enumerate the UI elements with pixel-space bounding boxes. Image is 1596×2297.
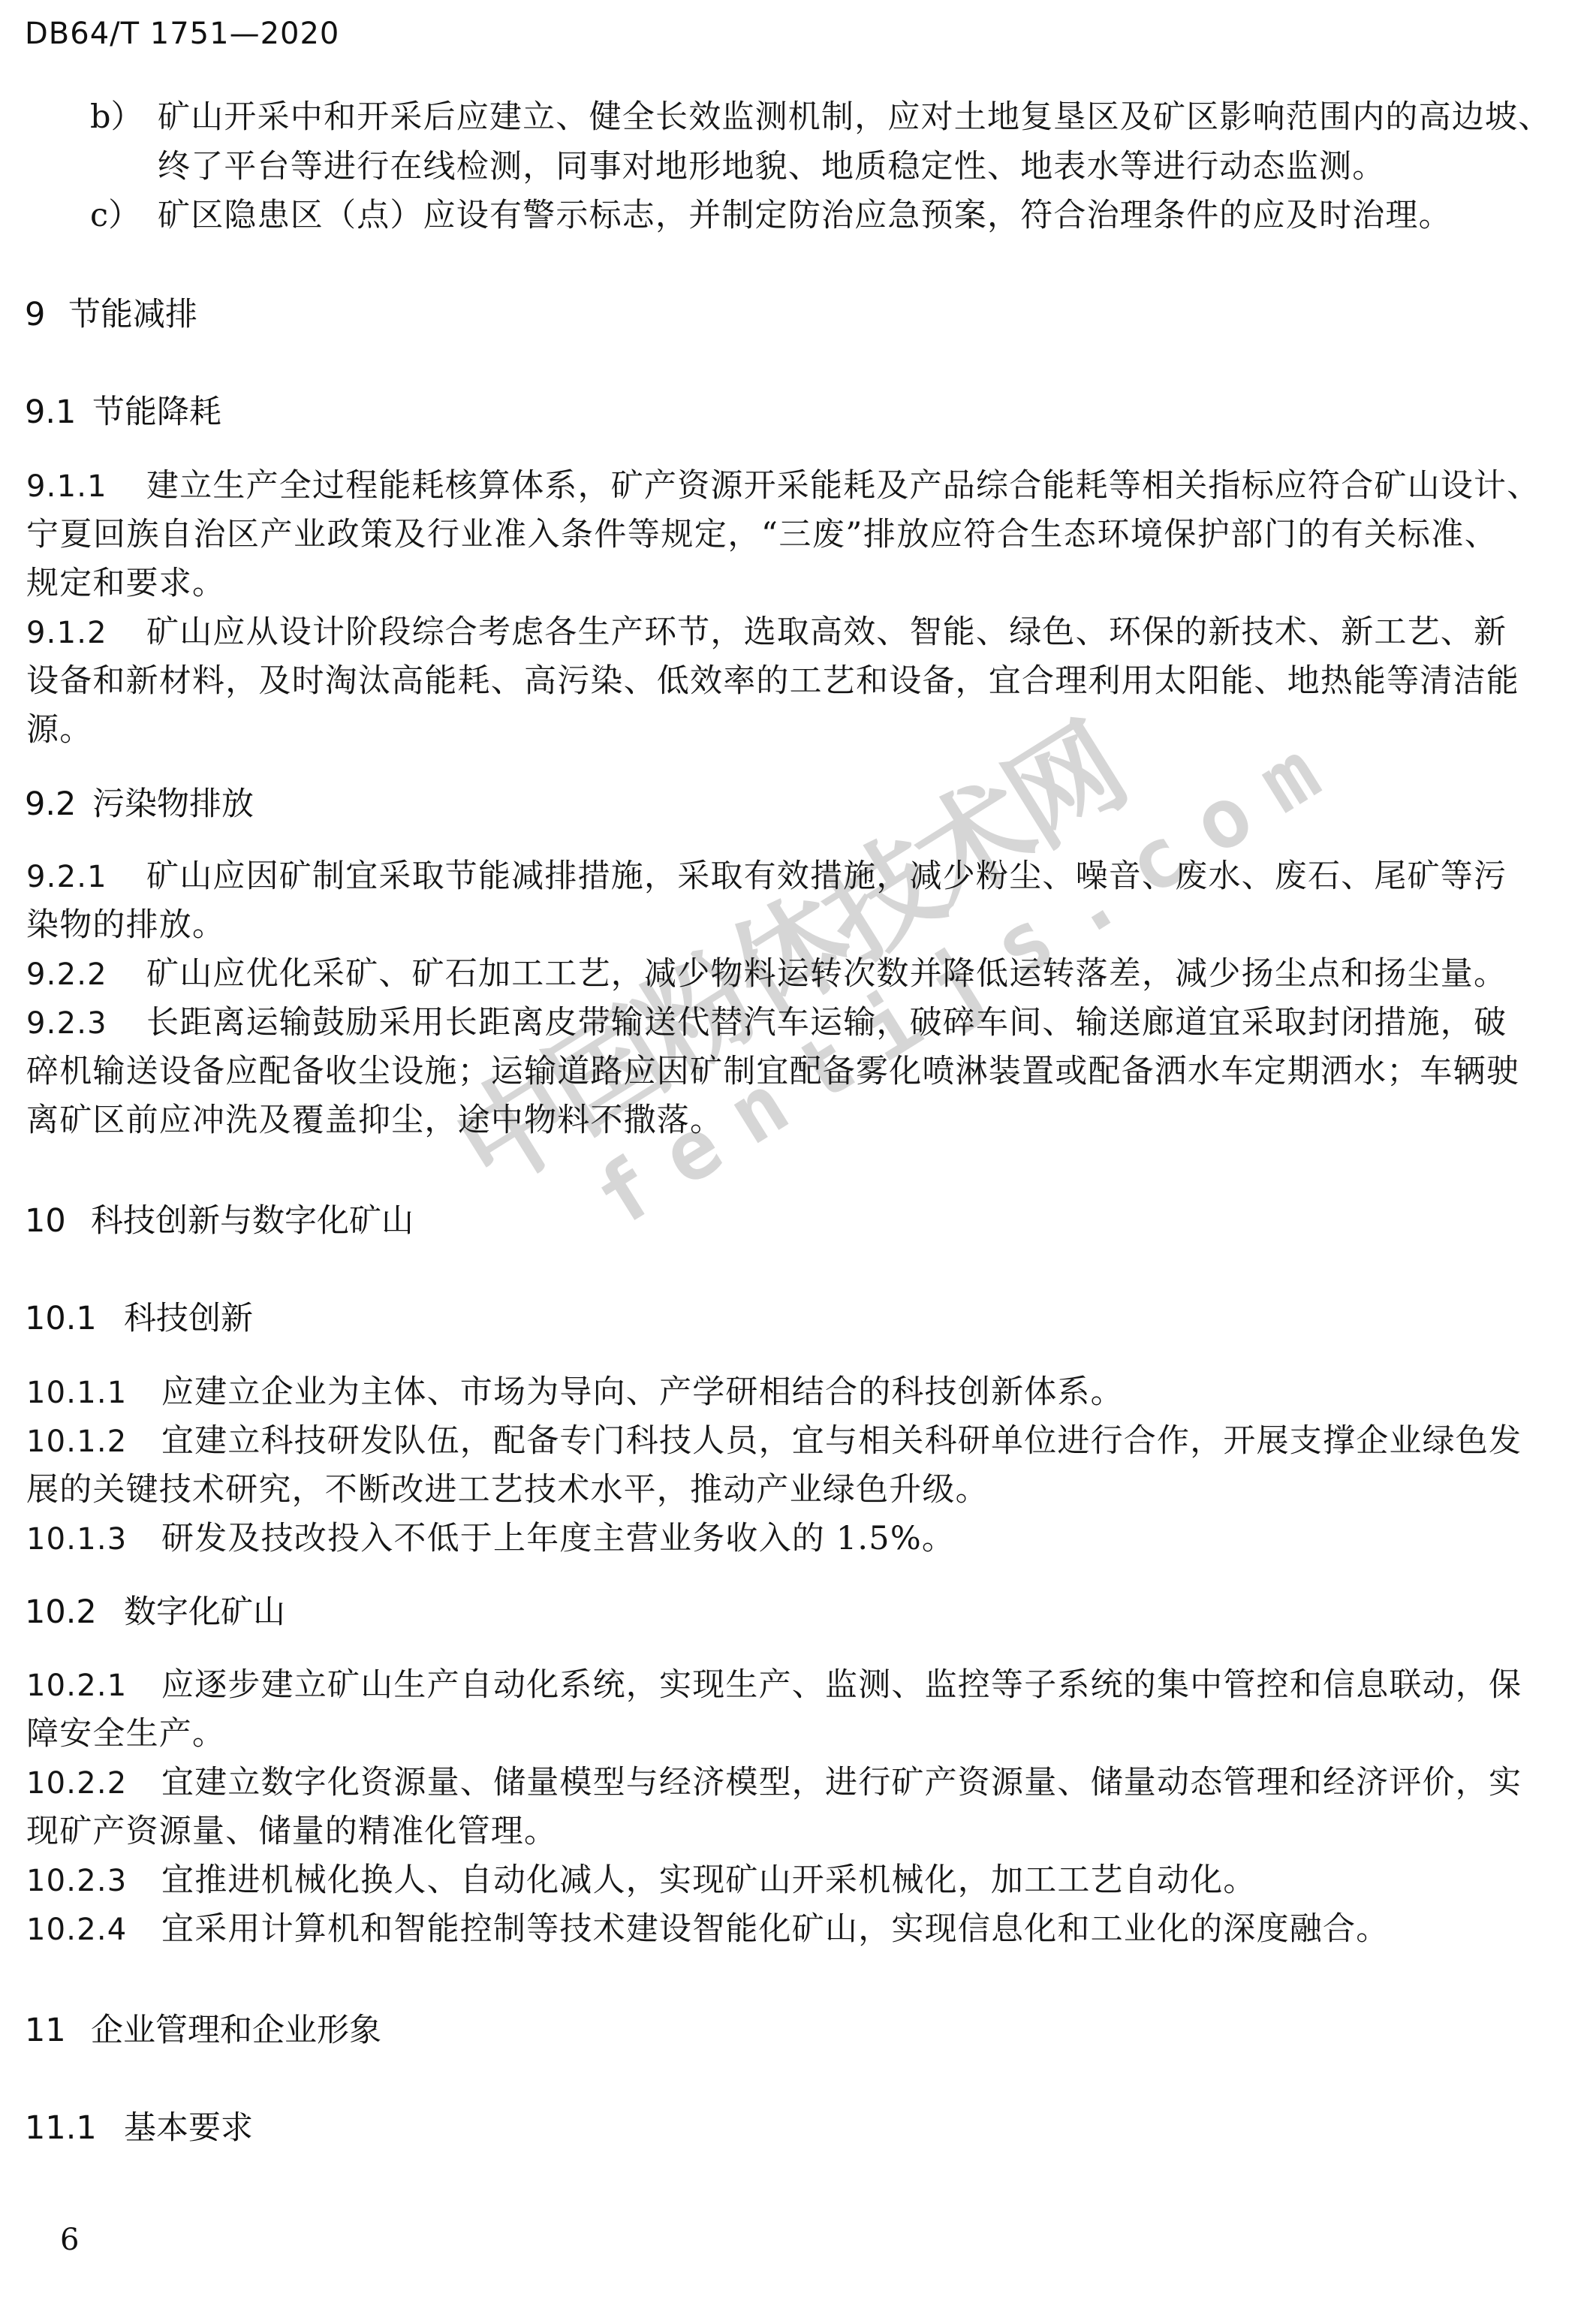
section-title: 节能减排 — [68, 296, 197, 333]
clause-9-2-3-line-3: 离矿区前应冲洗及覆盖抑尘，途中物料不撒落。 — [26, 1096, 723, 1145]
clause-9-1-2-line-3: 源。 — [26, 706, 92, 755]
section-heading-9-2: 9.2污染物排放 — [25, 780, 254, 829]
list-item-c-line-1: 矿区隐患区（点）应设有警示标志，并制定防治应急预案，符合治理条件的应及时治理。 — [158, 191, 1452, 240]
section-title: 科技创新与数字化矿山 — [91, 1202, 414, 1240]
clause-10-2-2-line-2: 现矿产资源量、储量的精准化管理。 — [26, 1807, 557, 1856]
clause-9-1-1-line-1: 9.1.1建立生产全过程能耗核算体系，矿产资源开采能耗及产品综合能耗等相关指标应… — [26, 462, 1498, 511]
section-number: 9.1 — [25, 388, 92, 437]
clause-text: 矿山应优化采矿、矿石加工工艺，减少物料运转次数并降低运转落差，减少扬尘点和扬尘量… — [146, 955, 1507, 993]
page-number: 6 — [60, 2223, 79, 2257]
clause-10-1-1-line-1: 10.1.1应建立企业为主体、市场为导向、产学研相结合的科技创新体系。 — [26, 1368, 1124, 1418]
clause-9-2-1-line-1: 9.2.1矿山应因矿制宜采取节能减排措施，采取有效措施，减少粉尘、噪音、废水、废… — [26, 852, 1498, 902]
clause-9-2-2-line-1: 9.2.2矿山应优化采矿、矿石加工工艺，减少物料运转次数并降低运转落差，减少扬尘… — [26, 950, 1507, 999]
clause-number: 9.2.2 — [26, 951, 146, 999]
clause-text: 建立生产全过程能耗核算体系，矿产资源开采能耗及产品综合能耗等相关指标应符合矿山设… — [146, 467, 1540, 505]
clause-number: 10.2.1 — [26, 1662, 161, 1711]
clause-9-1-1-line-2: 宁夏回族自治区产业政策及行业准入条件等规定，“三废”排放应符合生态环境保护部门的… — [26, 511, 1498, 559]
clause-10-2-2-line-1: 10.2.2宜建立数字化资源量、储量模型与经济模型，进行矿产资源量、储量动态管理… — [26, 1759, 1498, 1808]
section-number: 9 — [25, 291, 68, 339]
list-label-b: b） — [90, 93, 143, 142]
section-number: 11 — [25, 2006, 91, 2055]
section-title: 企业管理和企业形象 — [91, 2012, 381, 2049]
section-number: 9.2 — [25, 780, 92, 829]
section-number: 11.1 — [25, 2104, 124, 2153]
section-title: 科技创新 — [124, 1300, 253, 1337]
section-heading-10-2: 10.2数字化矿山 — [25, 1588, 285, 1637]
clause-number: 10.1.3 — [26, 1515, 161, 1564]
document-code-header: DB64/T 1751—2020 — [25, 17, 339, 51]
clause-9-2-3-line-1: 9.2.3长距离运输鼓励采用长距离皮带输送代替汽车运输，破碎车间、输送廊道宜采取… — [26, 999, 1498, 1048]
section-number: 10.2 — [25, 1588, 124, 1637]
clause-text: 矿山应因矿制宜采取节能减排措施，采取有效措施，减少粉尘、噪音、废水、废石、尾矿等… — [146, 858, 1507, 895]
clause-text: 宜推进机械化换人、自动化减人，实现矿山开采机械化，加工工艺自动化。 — [161, 1861, 1257, 1899]
section-title: 基本要求 — [124, 2109, 253, 2147]
section-title: 节能降耗 — [92, 393, 221, 431]
clause-9-2-1-line-2: 染物的排放。 — [26, 901, 225, 950]
section-heading-9-1: 9.1节能降耗 — [25, 388, 221, 437]
clause-text: 应建立企业为主体、市场为导向、产学研相结合的科技创新体系。 — [161, 1373, 1124, 1411]
clause-text: 长距离运输鼓励采用长距离皮带输送代替汽车运输，破碎车间、输送廊道宜采取封闭措施，… — [146, 1004, 1507, 1041]
clause-10-2-3-line-1: 10.2.3宜推进机械化换人、自动化减人，实现矿山开采机械化，加工工艺自动化。 — [26, 1856, 1257, 1906]
clause-text: 矿山应从设计阶段综合考虑各生产环节，选取高效、智能、绿色、环保的新技术、新工艺、… — [146, 613, 1507, 651]
clause-10-2-1-line-1: 10.2.1应逐步建立矿山生产自动化系统，实现生产、监测、监控等子系统的集中管控… — [26, 1661, 1498, 1711]
clause-number: 10.2.3 — [26, 1857, 161, 1906]
section-heading-9: 9节能减排 — [25, 291, 197, 339]
clause-text: 宜建立科技研发队伍，配备专门科技人员，宜与相关科研单位进行合作，开展支撑企业绿色… — [161, 1422, 1522, 1460]
list-item-b-line-1: 矿山开采中和开采后应建立、健全长效监测机制，应对土地复垦区及矿区影响范围内的高边… — [158, 93, 1498, 142]
clause-10-2-4-line-1: 10.2.4宜采用计算机和智能控制等技术建设智能化矿山，实现信息化和工业化的深度… — [26, 1905, 1389, 1955]
section-number: 10.1 — [25, 1295, 124, 1343]
clause-number: 9.2.1 — [26, 853, 146, 902]
clause-10-1-2-line-1: 10.1.2宜建立科技研发队伍，配备专门科技人员，宜与相关科研单位进行合作，开展… — [26, 1417, 1498, 1467]
section-heading-10: 10科技创新与数字化矿山 — [25, 1197, 414, 1246]
clause-9-1-1-line-3: 规定和要求。 — [26, 559, 225, 608]
clause-text: 研发及技改投入不低于上年度主营业务收入的 1.5%。 — [161, 1520, 955, 1557]
section-heading-10-1: 10.1科技创新 — [25, 1295, 253, 1343]
clause-9-1-2-line-1: 9.1.2矿山应从设计阶段综合考虑各生产环节，选取高效、智能、绿色、环保的新技术… — [26, 608, 1498, 658]
clause-number: 10.2.4 — [26, 1906, 161, 1955]
document-page: 中国粉体技术网 fentijs.com DB64/T 1751—2020 b） … — [0, 0, 1596, 2297]
section-title: 数字化矿山 — [124, 1593, 285, 1631]
clause-10-1-3-line-1: 10.1.3研发及技改投入不低于上年度主营业务收入的 1.5%。 — [26, 1515, 955, 1564]
clause-text: 应逐步建立矿山生产自动化系统，实现生产、监测、监控等子系统的集中管控和信息联动，… — [161, 1666, 1522, 1704]
clause-number: 10.2.2 — [26, 1759, 161, 1808]
clause-10-2-1-line-2: 障安全生产。 — [26, 1710, 225, 1759]
section-heading-11-1: 11.1基本要求 — [25, 2104, 253, 2153]
section-title: 污染物排放 — [92, 785, 254, 823]
clause-text: 宜采用计算机和智能控制等技术建设智能化矿山，实现信息化和工业化的深度融合。 — [161, 1910, 1389, 1948]
clause-10-1-2-line-2: 展的关键技术研究，不断改进工艺技术水平，推动产业绿色升级。 — [26, 1466, 989, 1515]
section-heading-11: 11企业管理和企业形象 — [25, 2006, 381, 2055]
section-number: 10 — [25, 1197, 91, 1246]
clause-9-1-2-line-2: 设备和新材料，及时淘汰高能耗、高污染、低效率的工艺和设备，宜合理利用太阳能、地热… — [26, 657, 1498, 706]
list-label-c: c） — [90, 191, 140, 240]
clause-number: 10.1.2 — [26, 1418, 161, 1467]
clause-number: 9.2.3 — [26, 999, 146, 1048]
clause-text: 宜建立数字化资源量、储量模型与经济模型，进行矿产资源量、储量动态管理和经济评价，… — [161, 1764, 1522, 1801]
clause-number: 10.1.1 — [26, 1369, 161, 1418]
clause-9-2-3-line-2: 碎机输送设备应配备收尘设施；运输道路应因矿制宜配备雾化喷淋装置或配备洒水车定期洒… — [26, 1048, 1498, 1096]
list-item-b-line-2: 终了平台等进行在线检测，同事对地形地貌、地质稳定性、地表水等进行动态监测。 — [158, 143, 1385, 191]
clause-number: 9.1.1 — [26, 463, 146, 511]
clause-number: 9.1.2 — [26, 609, 146, 658]
